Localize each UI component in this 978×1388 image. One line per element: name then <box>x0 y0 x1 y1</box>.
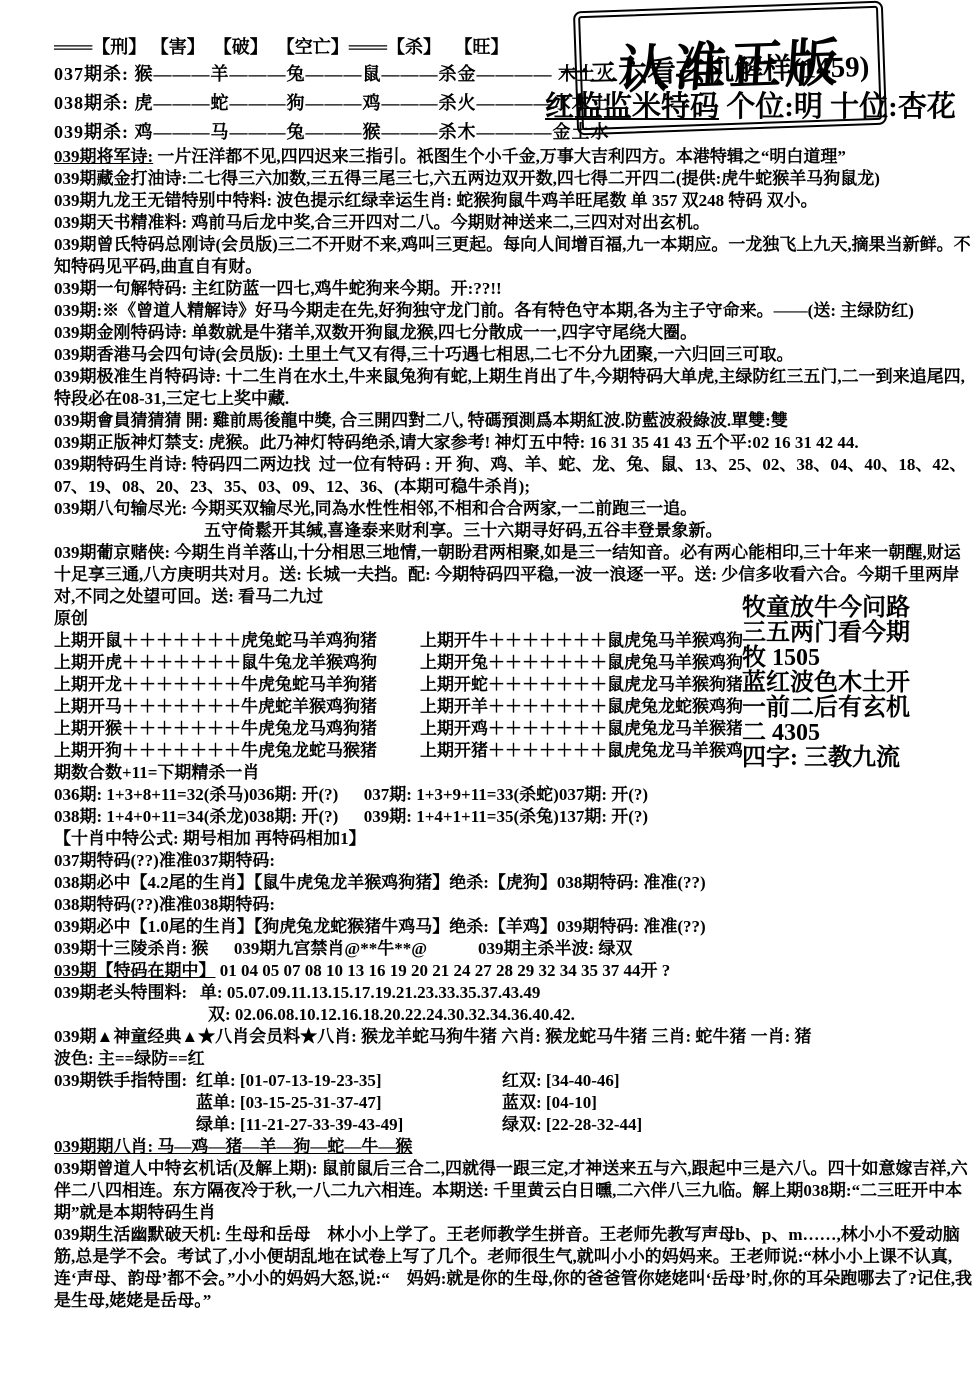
poem-tianshu: 039期天书精准料: 鸡前马后龙中奖,合三开四对二八。今期财神送来二,三四对对出… <box>54 212 972 234</box>
poem-text: 好马今期走在先,好狗独守龙门前。各有特色守本期,各为主子守命来。——(送: 主绿… <box>255 301 914 320</box>
poem-text: 鸡前马后龙中奖,合三开四对二八。今期财神送来二,三四对对出玄机。 <box>187 213 710 232</box>
annotation-line: 三五两门看今期 <box>742 621 978 646</box>
poem-label: 039期會員猜猜猜 開: <box>54 411 208 430</box>
poem-text: 波色提示红绿幸运生肖: 蛇猴狗鼠牛鸡羊旺尾数 单 357 双248 特码 双小。 <box>272 191 817 210</box>
poem-text: 单数就是牛猪羊,双数开狗鼠龙猴,四七分散成一一,四字守尾绕大圈。 <box>187 323 697 342</box>
side-annotation: 牧童放牛今问路 三五两门看今期 牧 1505 蓝红波色木土开 一前二后有玄机 二… <box>742 596 978 771</box>
zodiac-row: 上期开鼠＋＋＋＋＋＋＋虎兔蛇马羊鸡狗猪 <box>54 630 420 652</box>
poem-label: 039期九龙王无错特别中特料: <box>54 191 272 210</box>
poem-label: 039期藏金打油诗: <box>54 169 187 188</box>
poem-label: 039期将军诗: <box>54 147 153 166</box>
red-double: 红双: [34-40-46] <box>502 1070 620 1092</box>
poem-general: 039期将军诗: 一片汪洋都不见,四四迟来三指引。祇图生个小千金,万事大吉利四方… <box>54 146 972 168</box>
annotation-line: 牧童放牛今问路 <box>742 596 978 621</box>
poem-baju: 039期八句输尽光: 今期买双输尽光,同為水性性相邻,不相和合合两家,一二前跑三… <box>54 498 972 520</box>
zodiac-row: 上期开虎＋＋＋＋＋＋＋鼠牛兔龙羊猴鸡狗 <box>54 652 420 674</box>
zodiac-row: 上期开龙＋＋＋＋＋＋＋牛虎兔蛇马羊狗猪 <box>54 674 420 696</box>
poem-label: 039期特码生肖诗: <box>54 455 187 474</box>
laotou-even-line: 双: 02.06.08.10.12.16.18.20.22.24.30.32.3… <box>54 1004 972 1026</box>
annotation-line: 牧 1505 <box>742 646 978 671</box>
poem-label: 039期一句解特码: <box>54 279 187 298</box>
special-code-label: 039期【特码在期中】 <box>54 961 216 980</box>
poem-text: 二七得三六加数,三五得三尾三七,六五两边双开数,四七得二开四二(提供:虎牛蛇猴羊… <box>187 169 880 188</box>
zodiac-col-left: 上期开鼠＋＋＋＋＋＋＋虎兔蛇马羊鸡狗猪 上期开虎＋＋＋＋＋＋＋鼠牛兔龙羊猴鸡狗 … <box>54 630 420 762</box>
formula-line: 037期特码(??)准准037期特码: <box>54 850 972 872</box>
poem-yijujie: 039期一句解特码: 主红防蓝一四七,鸡牛蛇狗来今期。开:??!! <box>54 278 972 300</box>
zodiac-elimination-table: 上期开鼠＋＋＋＋＋＋＋虎兔蛇马羊鸡狗猪 上期开虎＋＋＋＋＋＋＋鼠牛兔龙羊猴鸡狗 … <box>54 630 972 762</box>
laotou-odd-line: 039期老头特围料: 单: 05.07.09.11.13.15.17.19.21… <box>54 982 972 1004</box>
zodiac-row: 上期开牛＋＋＋＋＋＋＋鼠虎兔马羊猴鸡狗 <box>420 630 742 652</box>
red-single: 红单: [01-07-13-19-23-35] <box>196 1070 502 1092</box>
poem-cangjin: 039期藏金打油诗:二七得三六加数,三五得三尾三七,六五两边双开数,四七得二开四… <box>54 168 972 190</box>
zodiac-row: 上期开蛇＋＋＋＋＋＋＋鼠虎龙马羊猴狗猪 <box>420 674 742 696</box>
poem-label: 039期香港马会四句诗(会员版): <box>54 345 283 364</box>
zodiac-row: 上期开猪＋＋＋＋＋＋＋鼠虎兔龙马羊猴鸡 <box>420 740 742 762</box>
poem-hkmahui: 039期香港马会四句诗(会员版): 土里土气又有得,三十巧遇七相思,二七不分九团… <box>54 344 972 366</box>
eight-zodiac-line: 039期期八肖: 马—鸡—猪—羊—狗—蛇—牛—猴 <box>54 1136 972 1158</box>
poem-shendeng: 039期正版神灯禁支: 虎猴。此乃神灯特码绝杀,请大家参考! 神灯五中特: 16… <box>54 432 972 454</box>
poem-label: 039期葡京赌侠: <box>54 543 170 562</box>
annotation-line: 一前二后有玄机 <box>742 696 978 721</box>
shentong-line: 039期▲神童经典▲★八肖会员料★八肖: 猴龙羊蛇马狗牛猪 六肖: 猴龙蛇马牛猪… <box>54 1026 972 1048</box>
sheet-subtitle: 红监监米特码 个位:明 十位:杏花 <box>545 96 956 118</box>
iron-finger-row-green: 绿单: [11-21-27-33-39-43-49] 绿双: [22-28-32… <box>54 1114 972 1136</box>
poem-huiyuan: 039期會員猜猜猜 開: 雞前馬後龍中獎, 合三開四對二八, 特碼預測爲本期紅波… <box>54 410 972 432</box>
poem-zengshi: 039期曾氏特码总刚诗(会员版)三二不开财不来,鸡叫三更起。每向人间增百福,九一… <box>54 234 972 278</box>
green-double: 绿双: [22-28-32-44] <box>502 1114 642 1136</box>
special-code-numbers: 01 04 05 07 08 10 13 16 19 20 21 24 27 2… <box>216 961 641 980</box>
poem-zengdaoren-jing: 039期:※《曾道人精解诗》好马今期走在先,好狗独守龙门前。各有特色守本期,各为… <box>54 300 972 322</box>
poem-label: 039期八句输尽光: <box>54 499 187 518</box>
poem-shengxiao: 039期特码生肖诗: 特码四二两边找 过一位有特码 : 开 狗、鸡、羊、蛇、龙、… <box>54 454 972 498</box>
poem-text: 主红防蓝一四七,鸡牛蛇狗来今期。开:??!! <box>187 279 501 298</box>
subtitle-left: 红监监米特码 <box>545 91 719 123</box>
iron-finger-row-red: 039期铁手指特围: 红单: [01-07-13-19-23-35] 红双: [… <box>54 1070 972 1092</box>
blue-double: 蓝双: [04-10] <box>502 1092 597 1114</box>
zengdao-mystery-paragraph: 039期曾道人中特玄机话(及解上期): 鼠前鼠后三合二,四就得一跟三定,才神送来… <box>54 1158 972 1224</box>
formula-line: 039期十三陵杀肖: 猴 039期九宫禁肖@**牛**@ 039期主杀半波: 绿… <box>54 938 972 960</box>
poem-label: 039期曾氏特码总刚诗(会员版) <box>54 235 278 254</box>
poem-jizhun: 039期极准生肖特码诗: 十二生肖在水土,牛来鼠兔狗有蛇,上期生肖出了牛,今期特… <box>54 366 972 410</box>
poem-jingang: 039期金刚特码诗: 单数就是牛猪羊,双数开狗鼠龙猴,四七分散成一一,四字守尾绕… <box>54 322 972 344</box>
zodiac-row: 上期开狗＋＋＋＋＋＋＋牛虎兔龙蛇马猴猪 <box>54 740 420 762</box>
wave-color-line: 波色: 主==绿防==红 <box>54 1048 972 1070</box>
green-single: 绿单: [11-21-27-33-39-43-49] <box>196 1114 502 1136</box>
formula-line: 039期必中【1.0尾的生肖】【狗虎兔龙蛇猴猪牛鸡马】绝杀:【羊鸡】039期特码… <box>54 916 972 938</box>
special-code-tail: 开 ? <box>641 961 671 980</box>
lottery-tip-sheet: ═══【刑】 【害】 【破】 【空亡】═══【杀】 【旺】 037期杀: 猴——… <box>0 0 978 1388</box>
iron-finger-label: 039期铁手指特围: <box>54 1070 196 1092</box>
humor-paragraph: 039期生活幽默破天机: 生母和岳母 林小小上学了。王老师教学生拼音。王老师先教… <box>54 1224 972 1312</box>
poem-baju-cont: 五守倚鬆开其缄,喜逢泰来财利享。三十六期寻好码,五谷丰登景象新。 <box>54 520 972 542</box>
annotation-line: 二 4305 <box>742 721 978 746</box>
poem-label: 039期天书精准料: <box>54 213 187 232</box>
poem-label: 039期:※《曾道人精解诗》 <box>54 301 255 320</box>
zodiac-row: 上期开猴＋＋＋＋＋＋＋牛虎兔龙马鸡狗猪 <box>54 718 420 740</box>
zodiac-row: 上期开鸡＋＋＋＋＋＋＋鼠虎兔龙马羊猴猪 <box>420 718 742 740</box>
poem-jiulongwang: 039期九龙王无错特别中特料: 波色提示红绿幸运生肖: 蛇猴狗鼠牛鸡羊旺尾数 单… <box>54 190 972 212</box>
formula-note: 【十肖中特公式: 期号相加 再特码相加1】 <box>54 828 972 850</box>
poem-label: 039期金刚特码诗: <box>54 323 187 342</box>
formula-row: 038期: 1+4+0+11=34(杀龙)038期: 开(?) 039期: 1+… <box>54 806 972 828</box>
poem-text: 今期买双输尽光,同為水性性相邻,不相和合合两家,一二前跑三一追。 <box>187 499 697 518</box>
blue-single: 蓝单: [03-15-25-31-37-47] <box>196 1092 502 1114</box>
annotation-line: 蓝红波色木土开 <box>742 671 978 696</box>
zodiac-row: 上期开羊＋＋＋＋＋＋＋鼠虎兔龙蛇猴鸡狗 <box>420 696 742 718</box>
poem-text: 土里土气又有得,三十巧遇七相思,二七不分九团聚,一六归回三可取。 <box>283 345 793 364</box>
formula-line: 038期特码(??)准准038期特码: <box>54 894 972 916</box>
poem-label: 039期正版神灯禁支: <box>54 433 204 452</box>
special-code-range: 039期【特码在期中】 01 04 05 07 08 10 13 16 19 2… <box>54 960 972 982</box>
formula-line: 038期必中【4.2尾的生肖】【鼠牛虎兔龙羊猴鸡狗猪】绝杀:【虎狗】038期特码… <box>54 872 972 894</box>
subtitle-right: 个位:明 十位:杏花 <box>719 91 956 123</box>
iron-finger-row-blue: 蓝单: [03-15-25-31-37-47] 蓝双: [04-10] <box>54 1092 972 1114</box>
poem-label: 039期极准生肖特码诗: <box>54 367 221 386</box>
sheet-title: 一二六看玄机解样(1459) <box>560 56 870 86</box>
formula-row: 036期: 1+3+8+11=32(杀马)036期: 开(?) 037期: 1+… <box>54 784 972 806</box>
poem-text: 特码四二两边找 过一位有特码 : 开 狗、鸡、羊、蛇、龙、兔、鼠、13、25、0… <box>54 455 966 496</box>
annotation-line: 四字: 三教九流 <box>742 746 978 771</box>
zodiac-row: 上期开马＋＋＋＋＋＋＋牛虎蛇羊猴鸡狗猪 <box>54 696 420 718</box>
zodiac-row: 上期开兔＋＋＋＋＋＋＋鼠虎兔马羊猴鸡狗 <box>420 652 742 674</box>
poem-text: 虎猴。此乃神灯特码绝杀,请大家参考! 神灯五中特: 16 31 35 41 43… <box>204 433 858 452</box>
zodiac-col-right: 上期开牛＋＋＋＋＋＋＋鼠虎兔马羊猴鸡狗 上期开兔＋＋＋＋＋＋＋鼠虎兔马羊猴鸡狗 … <box>420 630 742 762</box>
poem-text: 五守倚鬆开其缄,喜逢泰来财利享。三十六期寻好码,五谷丰登景象新。 <box>204 521 723 540</box>
poem-text: 雞前馬後龍中獎, 合三開四對二八, 特碼預測爲本期紅波.防藍波殺綠波.單雙:雙 <box>208 411 787 430</box>
poem-text: 一片汪洋都不见,四四迟来三指引。祇图生个小千金,万事大吉利四方。本港特辑之“明白… <box>153 147 846 166</box>
header-section: ═══【刑】 【害】 【破】 【空亡】═══【杀】 【旺】 037期杀: 猴——… <box>54 6 972 146</box>
